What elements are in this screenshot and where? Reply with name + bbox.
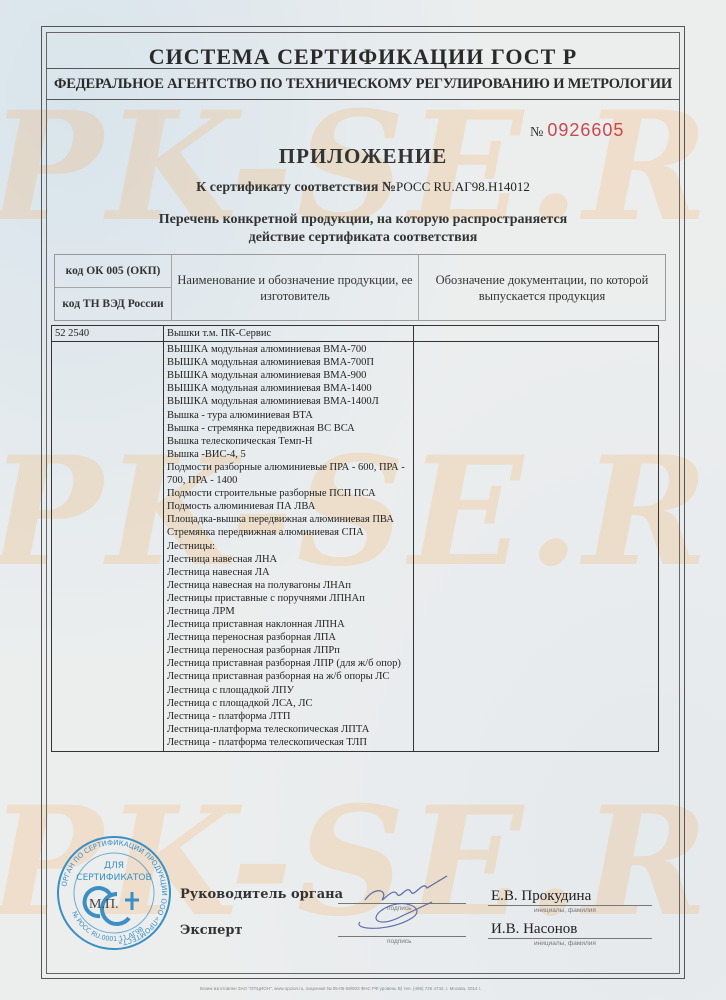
cert-prefix: К сертификату соответствия № xyxy=(196,180,396,195)
cell-product-list: ВЫШКА модульная алюминиевая ВМА-700ВЫШКА… xyxy=(164,342,414,751)
svg-text:СЕРТИФИКАТОВ: СЕРТИФИКАТОВ xyxy=(76,873,151,883)
product-item: Лестница навесная ЛА xyxy=(167,566,410,579)
list-title-line: Перечень конкретной продукции, на котору… xyxy=(46,211,680,229)
product-item: Вышка телескопическая Темп-Н xyxy=(167,435,410,448)
expert-name: И.В. Насонов xyxy=(491,921,577,938)
product-item: Вышка - тура алюминиевая ВТА xyxy=(167,409,410,422)
table-row: 52 2540 Вышки т.м. ПК-Сервис xyxy=(52,326,658,342)
product-item: Вышка -ВИС-4, 5 xyxy=(167,448,410,461)
header-docs: Обозначение документации, по которой вып… xyxy=(419,255,665,320)
product-item: Лестница - платформа телескопическая ТЛП xyxy=(167,736,410,749)
product-item: Лестницы: xyxy=(167,540,410,553)
serial-prefix: № xyxy=(530,125,543,140)
header-okp-code: код ОК 005 (ОКП) xyxy=(55,255,171,288)
seal-place-label: М.П. xyxy=(89,897,119,913)
signature-caption: подпись xyxy=(387,938,412,945)
cell-docs xyxy=(414,326,658,341)
product-item: Лестница ЛРМ xyxy=(167,605,410,618)
product-item: Лестница приставная разборная на ж/б опо… xyxy=(167,670,410,683)
product-item: Лестница с площадкой ЛПУ xyxy=(167,684,410,697)
product-item: Стремянка передвижная алюминиевая СПА xyxy=(167,526,410,539)
product-item: Лестница переносная разборная ЛПРп xyxy=(167,644,410,657)
certification-stamp: ОРГАН ПО СЕРТИФИКАЦИИ ПРОДУКЦИИ ООО «ПРО… xyxy=(55,834,173,952)
product-item: ВЫШКА модульная алюминиевая ВМА-1400 xyxy=(167,382,410,395)
name-caption: инициалы, фамилия xyxy=(534,907,596,914)
product-item: Лестница - платформа ЛТП xyxy=(167,710,410,723)
cell-code: 52 2540 xyxy=(52,326,164,341)
table-row: ВЫШКА модульная алюминиевая ВМА-700ВЫШКА… xyxy=(52,342,658,751)
head-name: Е.В. Прокудина xyxy=(491,888,591,905)
expert-name-line xyxy=(488,938,652,939)
code-column-header: код ОК 005 (ОКП) код ТН ВЭД России xyxy=(55,255,172,320)
header-tnved-code: код ТН ВЭД России xyxy=(55,288,171,321)
serial-value: 0926605 xyxy=(547,120,624,140)
product-item: Лестница навесная на полувагоны ЛНАп xyxy=(167,579,410,592)
product-item: Вышка - стремянка передвижная ВС ВСА xyxy=(167,422,410,435)
list-title-line: действие сертификата соответствия xyxy=(46,229,680,247)
cell-product: Вышки т.м. ПК-Сервис xyxy=(164,326,414,341)
system-title: СИСТЕМА СЕРТИФИКАЦИИ ГОСТ Р xyxy=(46,44,680,70)
agency-title: ФЕДЕРАЛЬНОЕ АГЕНТСТВО ПО ТЕХНИЧЕСКОМУ РЕ… xyxy=(46,76,680,93)
head-name-line xyxy=(488,905,652,906)
product-item: Лестница с площадкой ЛСА, ЛС xyxy=(167,697,410,710)
product-item: Лестница приставная наклонная ЛПНА xyxy=(167,618,410,631)
product-item: Подмости строительные разборные ПСП ПСА xyxy=(167,487,410,500)
product-item: Площадка-вышка передвижная алюминиевая П… xyxy=(167,513,410,526)
expert-label: Эксперт xyxy=(180,923,243,938)
list-title: Перечень конкретной продукции, на котору… xyxy=(46,211,680,247)
signature-scribbles xyxy=(350,872,460,934)
product-item: Лестница приставная разборная ЛПР (для ж… xyxy=(167,657,410,670)
head-label: Руководитель органа xyxy=(180,887,343,902)
cell-code xyxy=(52,342,164,751)
serial-number: №0926605 xyxy=(530,120,624,141)
product-item: Лестницы приставные с поручнями ЛПНАп xyxy=(167,592,410,605)
header-product: Наименование и обозначение продукции, ее… xyxy=(172,255,419,320)
table-header: код ОК 005 (ОКП) код ТН ВЭД России Наиме… xyxy=(54,254,666,321)
appendix-title: ПРИЛОЖЕНИЕ xyxy=(46,144,680,169)
product-table: 52 2540 Вышки т.м. ПК-Сервис ВЫШКА модул… xyxy=(51,325,659,752)
print-footer: Бланк изготовлен ЗАО "ОПЦИОН", www.opcio… xyxy=(200,986,481,991)
product-item: Лестница-платформа телескопическая ЛПТА xyxy=(167,723,410,736)
cert-number: РОСС RU.АГ98.Н14012 xyxy=(396,179,530,194)
product-item: ВЫШКА модульная алюминиевая ВМА-1400Л xyxy=(167,395,410,408)
expert-signature-line xyxy=(338,936,466,937)
product-item: ВЫШКА модульная алюминиевая ВМА-700П xyxy=(167,356,410,369)
cell-docs xyxy=(414,342,658,751)
name-caption: инициалы, фамилия xyxy=(534,940,596,947)
svg-text:ДЛЯ: ДЛЯ xyxy=(104,861,124,871)
product-item: Подмости разборные алюминиевые ПРА - 600… xyxy=(167,461,410,487)
product-item: ВЫШКА модульная алюминиевая ВМА-700 xyxy=(167,343,410,356)
product-item: ВЫШКА модульная алюминиевая ВМА-900 xyxy=(167,369,410,382)
header-divider xyxy=(46,99,680,100)
product-item: Лестница переносная разборная ЛПА xyxy=(167,631,410,644)
product-item: Лестница навесная ЛНА xyxy=(167,553,410,566)
product-item: Подмость алюминиевая ПА ЛВА xyxy=(167,500,410,513)
certificate-reference: К сертификату соответствия №РОСС RU.АГ98… xyxy=(46,179,680,196)
